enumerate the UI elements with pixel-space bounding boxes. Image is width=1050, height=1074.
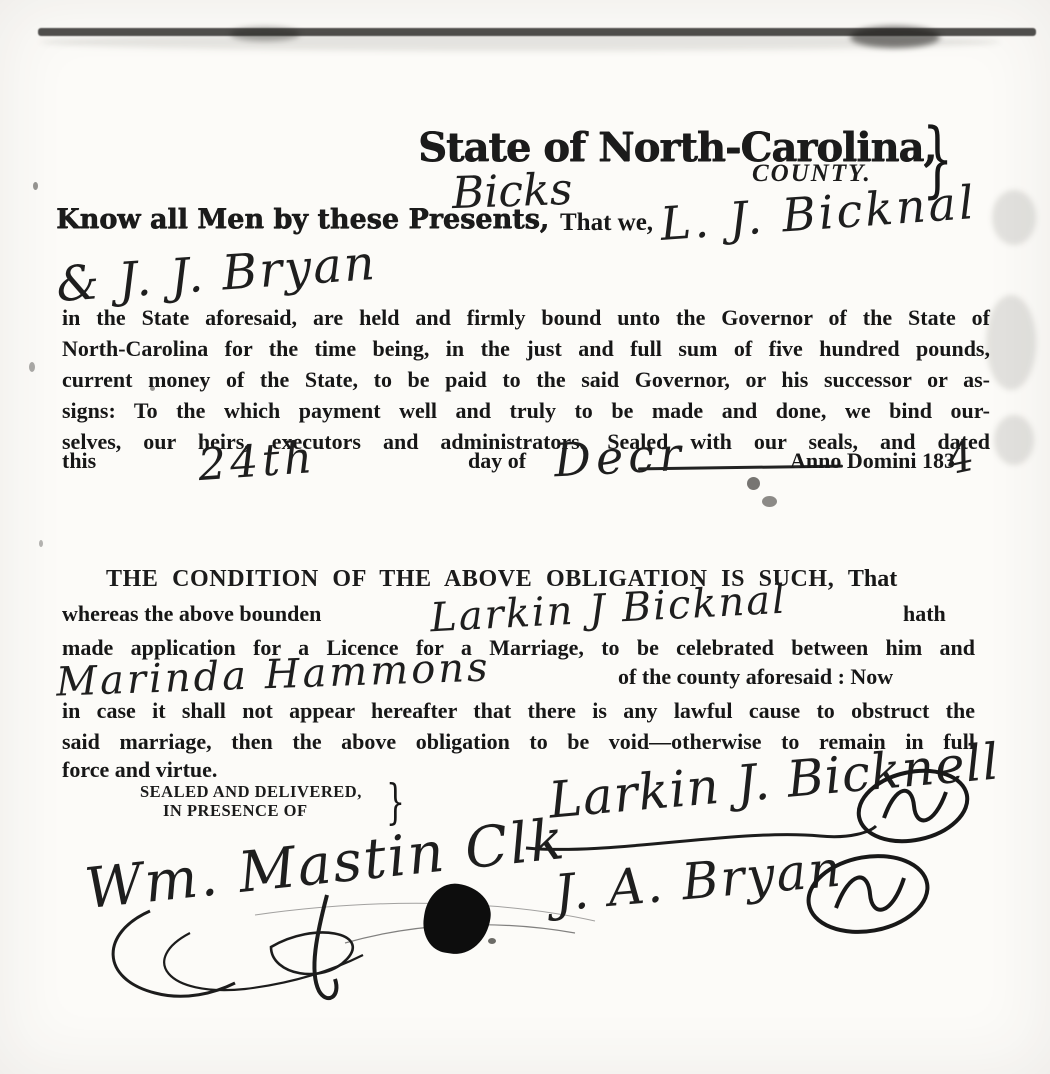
bleedthrough-smudge	[994, 415, 1034, 465]
paper-speck	[29, 362, 35, 372]
month-handwritten: Decr	[553, 427, 688, 488]
paper-speck	[33, 182, 38, 190]
hath-label: hath	[903, 601, 946, 627]
ink-spot	[488, 938, 496, 944]
day-of-label: day of	[468, 448, 526, 474]
bond-paragraph-line: signs: To the which payment well and tru…	[62, 395, 990, 426]
curly-brace: }	[386, 774, 405, 830]
ink-spot	[747, 477, 760, 490]
pen-flourish	[95, 893, 605, 1011]
bond-paragraph-line: current money of the State, to be paid t…	[62, 364, 990, 395]
day-handwritten: 24th	[196, 432, 317, 491]
aforesaid-label: of the county aforesaid : Now	[618, 664, 893, 690]
this-label: this	[62, 448, 96, 474]
condition-last-line: force and virtue.	[62, 757, 217, 783]
anno-domini-label: Anno Domini 183	[790, 448, 955, 474]
principal-name-handwritten: L. J. Bicknal	[659, 175, 979, 251]
condition-line: in case it shall not appear hereafter th…	[62, 695, 975, 726]
document-scan: State of North-Carolina, } COUNTY. Bicks…	[0, 0, 1050, 1074]
bleedthrough-smudge	[986, 295, 1036, 390]
know-all-men-line: Know all Men by these Presents,	[56, 204, 549, 235]
bleedthrough-smudge	[992, 190, 1036, 245]
ink-spot	[762, 496, 777, 507]
seal-scribble	[852, 762, 974, 850]
bond-paragraph-line: in the State aforesaid, are held and fir…	[62, 302, 990, 333]
condition-heading-that: That	[848, 566, 897, 592]
sealed-delivered-line2: IN PRESENCE OF	[163, 801, 308, 821]
bond-paragraph-line: North-Carolina for the time being, in th…	[62, 333, 990, 364]
that-we-label: That we,	[560, 209, 653, 237]
edge-smudge	[40, 33, 1000, 51]
whereas-label: whereas the above bounden	[62, 601, 321, 627]
seal-scribble	[800, 846, 936, 942]
sealed-delivered-line1: SEALED AND DELIVERED,	[140, 782, 362, 802]
paper-speck	[39, 540, 43, 547]
